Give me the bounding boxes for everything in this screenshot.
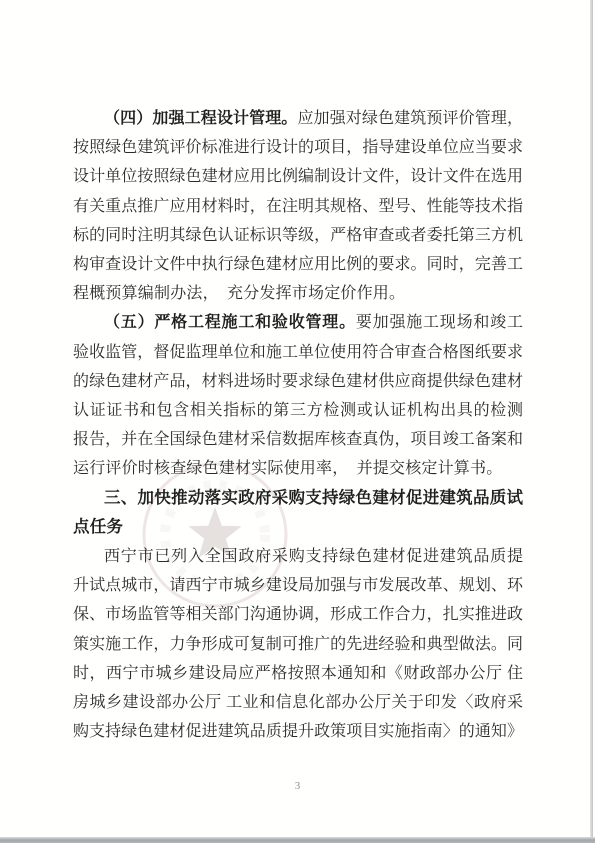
text-line: 三、加快推动落实政府采购支持绿色建材促进建筑品质试 (73, 484, 523, 513)
run-in-heading: 三、加快推动落实政府采购支持绿色建材促进建筑品质试 (104, 489, 523, 507)
text-line: 房城乡建设部办公厅 工业和信息化部办公厅关于印发〈政府采 (73, 688, 523, 717)
text-line: 报告，并在全国绿色建材采信数据库核查真伪，项目竣工备案和 (73, 425, 523, 454)
paragraph: 西宁市已列入全国政府采购支持绿色建材促进建筑品质提升试点城市，请西宁市城乡建设局… (73, 542, 523, 746)
page-edge-bottom (0, 837, 595, 843)
paragraph: （四）加强工程设计管理。应加强对绿色建筑预评价管理，按照绿色建筑评价标准进行设计… (73, 104, 523, 308)
text-run: 报告，并在全国绿色建材采信数据库核查真伪，项目竣工备案和 (73, 431, 523, 448)
run-in-heading: 点任务 (73, 518, 123, 536)
text-run: 房城乡建设部办公厅 工业和信息化部办公厅关于印发〈政府采 (73, 694, 523, 711)
text-line: 升试点城市，请西宁市城乡建设局加强与市发展改革、规划、环 (73, 571, 523, 600)
text-line: 有关重点推广应用材料时，在注明其规格、型号、性能等技术指 (73, 192, 523, 221)
text-line: 时，西宁市城乡建设局应严格按照本通知和《财政部办公厅 住 (73, 659, 523, 688)
text-line: 程概预算编制办法， 充分发挥市场定价作用。 (73, 279, 523, 308)
text-run: 西宁市已列入全国政府采购支持绿色建材促进建筑品质提 (104, 548, 523, 565)
document-page: （四）加强工程设计管理。应加强对绿色建筑预评价管理，按照绿色建筑评价标准进行设计… (0, 0, 595, 843)
text-run: 构审查设计文件中执行绿色建材应用比例的要求。同时，完善工 (73, 256, 523, 273)
text-run: 设计单位按照绿色建材应用比例编制设计文件，设计文件在选用 (73, 168, 523, 185)
text-run: 购支持绿色建材促进建筑品质提升政策项目实施指南〉的通知》 (73, 723, 523, 740)
text-run: 时，西宁市城乡建设局应严格按照本通知和《财政部办公厅 住 (73, 665, 523, 682)
text-run: 有关重点推广应用材料时，在注明其规格、型号、性能等技术指 (73, 198, 523, 215)
text-run: 升试点城市，请西宁市城乡建设局加强与市发展改革、规划、环 (73, 577, 523, 594)
text-run: 要加强施工现场和竣工 (356, 314, 523, 331)
text-line: 运行评价时核查绿色建材实际使用率， 并提交核定计算书。 (73, 454, 523, 483)
text-line: 认证证书和包含相关指标的第三方检测或认证机构出具的检测 (73, 396, 523, 425)
text-line: 西宁市已列入全国政府采购支持绿色建材促进建筑品质提 (73, 542, 523, 571)
text-line: （四）加强工程设计管理。应加强对绿色建筑预评价管理， (73, 104, 523, 133)
paragraph: （五）严格工程施工和验收管理。要加强施工现场和竣工验收监管，督促监理单位和施工单… (73, 308, 523, 483)
text-run: 的绿色建材产品，材料进场时要求绿色建材供应商提供绿色建材 (73, 373, 523, 390)
run-in-heading: （五）严格工程施工和验收管理。 (104, 314, 356, 331)
text-run: 程概预算编制办法， 充分发挥市场定价作用。 (73, 285, 405, 302)
document-body: （四）加强工程设计管理。应加强对绿色建筑预评价管理，按照绿色建筑评价标准进行设计… (73, 104, 523, 746)
text-line: 验收监管，督促监理单位和施工单位使用符合审查合格图纸要求 (73, 338, 523, 367)
text-line: 构审查设计文件中执行绿色建材应用比例的要求。同时，完善工 (73, 250, 523, 279)
text-run: 保、市场监管等相关部门沟通协调，形成工作合力，扎实推进政 (73, 606, 523, 623)
text-line: 点任务 (73, 513, 523, 542)
text-run: 按照绿色建筑评价标准进行设计的项目，指导建设单位应当要求 (73, 139, 523, 156)
text-line: 购支持绿色建材促进建筑品质提升政策项目实施指南〉的通知》 (73, 717, 523, 746)
section-heading: 三、加快推动落实政府采购支持绿色建材促进建筑品质试点任务 (73, 484, 523, 542)
text-line: 设计单位按照绿色建材应用比例编制设计文件，设计文件在选用 (73, 162, 523, 191)
run-in-heading: （四）加强工程设计管理。 (104, 110, 297, 127)
text-line: 保、市场监管等相关部门沟通协调，形成工作合力，扎实推进政 (73, 600, 523, 629)
text-line: 策实施工作，力争形成可复制可推广的先进经验和典型做法。同 (73, 630, 523, 659)
text-run: 运行评价时核查绿色建材实际使用率， 并提交核定计算书。 (73, 460, 502, 477)
text-line: （五）严格工程施工和验收管理。要加强施工现场和竣工 (73, 308, 523, 337)
text-run: 标的同时注明其绿色认证标识等级，严格审查或者委托第三方机 (73, 227, 523, 244)
text-run: 应加强对绿色建筑预评价管理， (297, 110, 523, 127)
text-run: 策实施工作，力争形成可复制可推广的先进经验和典型做法。同 (73, 636, 523, 653)
page-number: 3 (0, 780, 595, 792)
text-line: 的绿色建材产品，材料进场时要求绿色建材供应商提供绿色建材 (73, 367, 523, 396)
text-run: 验收监管，督促监理单位和施工单位使用符合审查合格图纸要求 (73, 344, 523, 361)
page-edge-right (590, 0, 593, 843)
text-line: 按照绿色建筑评价标准进行设计的项目，指导建设单位应当要求 (73, 133, 523, 162)
text-line: 标的同时注明其绿色认证标识等级，严格审查或者委托第三方机 (73, 221, 523, 250)
text-run: 认证证书和包含相关指标的第三方检测或认证机构出具的检测 (73, 402, 523, 419)
